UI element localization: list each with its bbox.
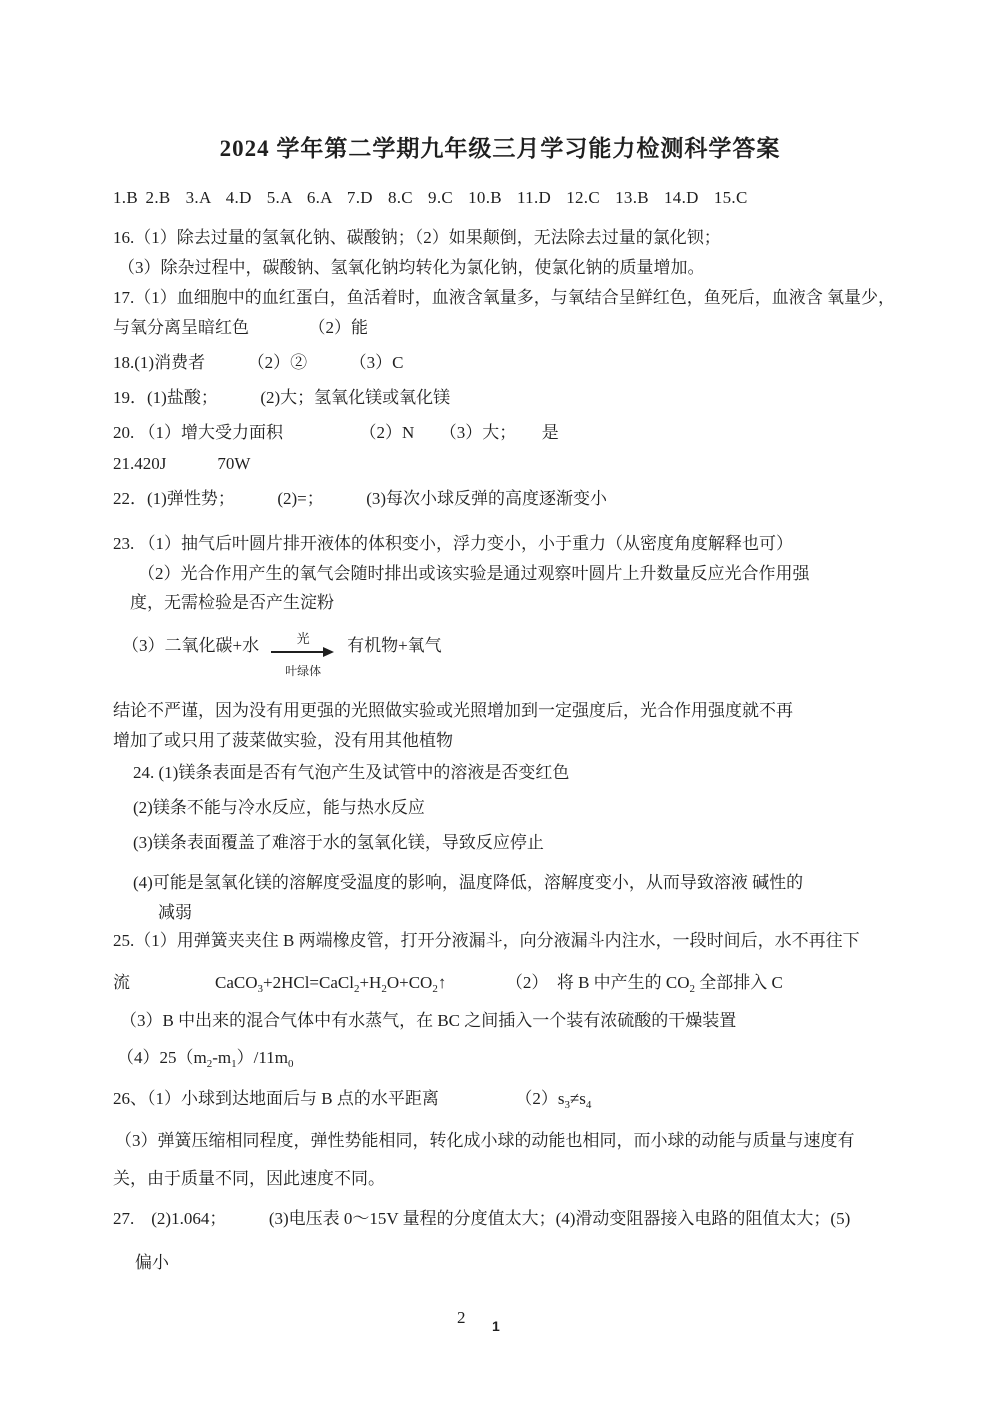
answer-q26-line1: 26、（1）小球到达地面后与 B 点的水平距离 （2）s3≠s4: [113, 1087, 591, 1111]
answer-q27-line1: 27. (2)1.064； (3)电压表 0～15V 量程的分度值太大；(4)滑…: [113, 1207, 850, 1231]
answer-q25-line1: 25.（1）用弹簧夹夹住 B 两端橡皮管，打开分液漏斗，向分液漏斗内注水，一段时…: [113, 929, 860, 953]
reaction-arrow-icon: [271, 646, 335, 658]
answer-q24-line1: 24. (1)镁条表面是否有气泡产生及试管中的溶液是否变红色: [133, 761, 569, 785]
answer-q23-conclusion1: 结论不严谨，因为没有用更强的光照做实验或光照增加到一定强度后，光合作用强度就不再: [113, 699, 793, 723]
answer-q23-line1: 23. （1）抽气后叶圆片排开液体的体积变小，浮力变小，小于重力（从密度角度解释…: [113, 532, 793, 556]
answer-q16-line2: （3）除杂过程中，碳酸钠、氢氧化钠均转化为氯化钠，使氯化钠的质量增加。: [118, 256, 705, 280]
answer-q25-line4: （4）25（m2-m1）/11m0: [117, 1046, 293, 1070]
answer-q18-line1: 18.(1)消费者 （2）② （3）C: [113, 351, 403, 375]
answer-q20-line1: 20. （1）增大受力面积 （2）N （3）大； 是: [113, 421, 559, 445]
answer-q25-line3: （3）B 中出来的混合气体中有水蒸气，在 BC 之间插入一个装有浓硫酸的干燥装置: [120, 1009, 736, 1033]
page-number: 2: [457, 1308, 466, 1328]
answer-q21-line1: 21.420J 70W: [113, 452, 250, 476]
equation-products: 有机物+氧气: [347, 634, 442, 658]
answer-q24-line4: (4)可能是氢氧化镁的溶解度受温度的影响，温度降低，溶解度变小，从而导致溶液 碱…: [133, 871, 803, 895]
arrow-condition-below: 叶绿体: [285, 664, 321, 678]
choice-answers-row: 1.B 2.B 3.A 4.D 5.A 6.A 7.D 8.C 9.C 10.B…: [113, 186, 748, 210]
answer-q26-line2: （3）弹簧压缩相同程度，弹性势能相同，转化成小球的动能也相同，而小球的动能与质量…: [115, 1129, 855, 1153]
answer-q19-line1: 19．(1)盐酸； (2)大；氢氧化镁或氧化镁: [113, 386, 450, 410]
arrow-condition-above: 光: [297, 631, 310, 646]
answer-q27-line2: 偏小: [135, 1251, 169, 1275]
equation-reactants: （3）二氧化碳+水: [122, 634, 259, 658]
answer-q24-line5: 减弱: [158, 901, 192, 925]
answer-q17-line2: 与氧分离呈暗红色 （2）能: [113, 316, 368, 340]
page-title: 2024 学年第二学期九年级三月学习能力检测科学答案: [0, 130, 1000, 163]
reaction-arrow: 光 叶绿体: [271, 631, 335, 678]
answer-q23-line2: （2）光合作用产生的氧气会随时排出或该实验是通过观察叶圆片上升数量反应光合作用强: [138, 562, 810, 586]
answer-q22-line1: 22．(1)弹性势； (2)=； (3)每次小球反弹的高度逐渐变小: [113, 487, 607, 511]
answer-q23-line3: 度，无需检验是否产生淀粉: [130, 591, 334, 615]
answer-q17-line1: 17.（1）血细胞中的血红蛋白，鱼活着时，血液含氧量多，与氧结合呈鲜红色，鱼死后…: [113, 286, 895, 310]
answer-q16-line1: 16.（1）除去过量的氢氧化钠、碳酸钠；（2）如果颠倒，无法除去过量的氯化钡；: [113, 226, 721, 250]
answer-q23-conclusion2: 增加了或只用了菠菜做实验，没有用其他植物: [113, 729, 453, 753]
answer-sheet-page: 2024 学年第二学期九年级三月学习能力检测科学答案 1.B 2.B 3.A 4…: [0, 0, 1000, 1414]
answer-q25-equation: 流 CaCO3+2HCl=CaCl2+H2O+CO2↑ （2） 将 B 中产生的…: [113, 971, 783, 995]
answer-q24-line3: (3)镁条表面覆盖了难溶于水的氢氧化镁，导致反应停止: [133, 831, 544, 855]
photosynthesis-equation: （3）二氧化碳+水 光 叶绿体 有机物+氧气: [122, 622, 442, 669]
answer-q24-line2: (2)镁条不能与冷水反应，能与热水反应: [133, 796, 425, 820]
page-number-overlay: 1: [492, 1316, 500, 1336]
answer-q26-line3: 关，由于质量不同，因此速度不同。: [113, 1167, 385, 1191]
